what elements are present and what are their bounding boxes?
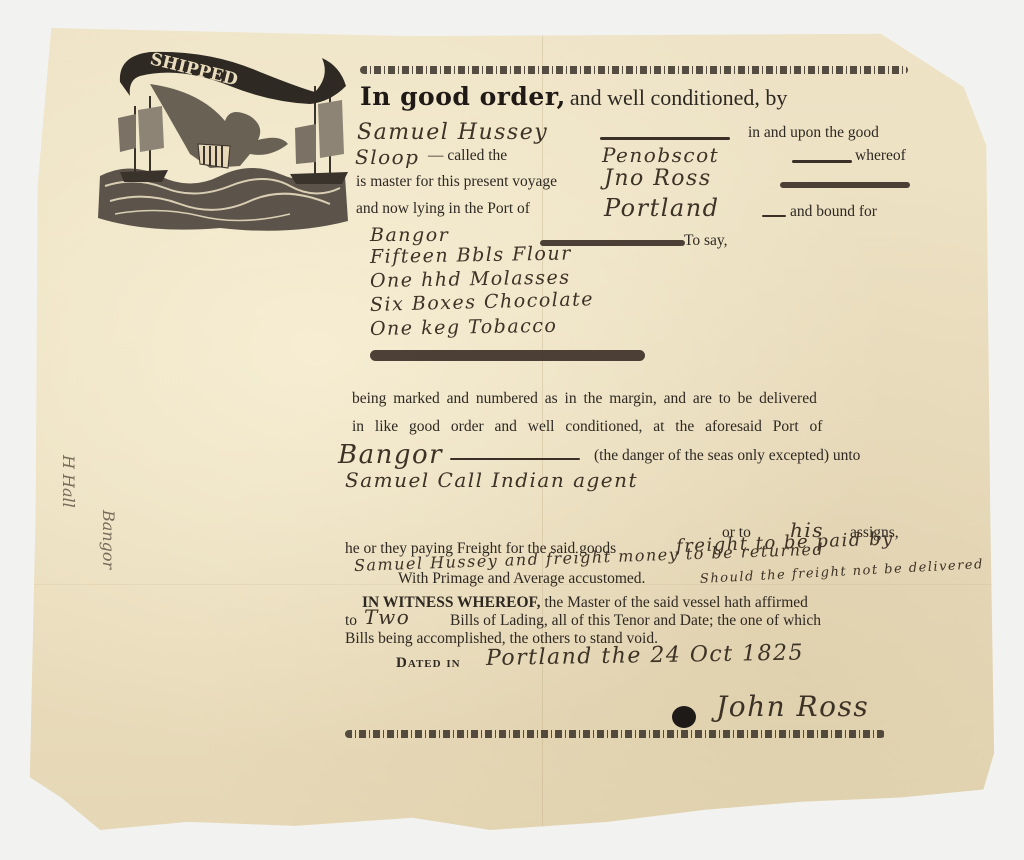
- fill-line: [762, 215, 786, 217]
- consignee: Samuel Call Indian agent: [345, 468, 638, 492]
- margin-note: H Hall: [59, 455, 78, 508]
- witness-line: IN WITNESS WHEREOF, the Master of the sa…: [362, 594, 808, 612]
- fill-line: [600, 137, 730, 140]
- master-signature: John Ross: [716, 690, 869, 723]
- line4-prefix: and now lying in the Port of: [356, 200, 530, 218]
- bills-rest: Bills of Lading, all of this Tenor and D…: [450, 612, 821, 630]
- cargo-item: One keg Tobacco: [370, 315, 558, 340]
- cargo-item: One hhd Molasses: [370, 267, 571, 292]
- delivery-port: Bangor: [338, 440, 443, 470]
- bills-count: Two: [364, 605, 410, 629]
- danger-clause: (the danger of the seas only excepted) u…: [594, 447, 860, 465]
- destination: Bangor: [370, 224, 449, 246]
- fill-line: [792, 160, 852, 163]
- shipped-engraving: SHIPPED: [90, 36, 352, 234]
- delivery-para-2: in like good order and well conditioned,…: [352, 418, 822, 436]
- line1-suffix: in and upon the good: [748, 124, 879, 142]
- cargo-item: Fifteen Bbls Flour: [370, 242, 572, 268]
- heading: In good order, and well conditioned, by: [360, 82, 787, 111]
- top-ornamental-rule: [360, 66, 908, 74]
- line3-prefix: is master for this present voyage: [356, 173, 557, 191]
- ink-blot: [672, 706, 696, 728]
- heading-blackletter: In good order,: [360, 82, 566, 111]
- margin-note: Bangor: [99, 510, 118, 569]
- line2-called-the: — called the: [428, 147, 507, 165]
- master-name: Jno Ross: [604, 166, 712, 191]
- vessel-name: Penobscot: [602, 143, 719, 167]
- vessel-type: Sloop: [355, 145, 419, 169]
- witness-rest: the Master of the said vessel hath affir…: [544, 594, 808, 611]
- fill-line: [780, 182, 910, 188]
- eagle-ships-icon: SHIPPED: [90, 36, 352, 234]
- port-of-lading: Portland: [604, 194, 720, 222]
- heading-rest: and well conditioned, by: [570, 85, 788, 110]
- delivery-para-1: being marked and numbered as in the marg…: [352, 390, 817, 408]
- bottom-ornamental-rule: [345, 730, 885, 738]
- line4-suffix: and bound for: [790, 203, 877, 221]
- bills-to: to: [345, 612, 357, 630]
- dated-in: Dated in: [396, 655, 461, 672]
- primage-line: With Primage and Average accustomed.: [398, 570, 645, 588]
- line2-suffix: whereof: [855, 147, 906, 165]
- fill-line: [450, 458, 580, 460]
- shipper-name: Samuel Hussey: [357, 120, 548, 145]
- cargo-end-smear: [370, 350, 645, 361]
- to-say: To say,: [684, 232, 728, 250]
